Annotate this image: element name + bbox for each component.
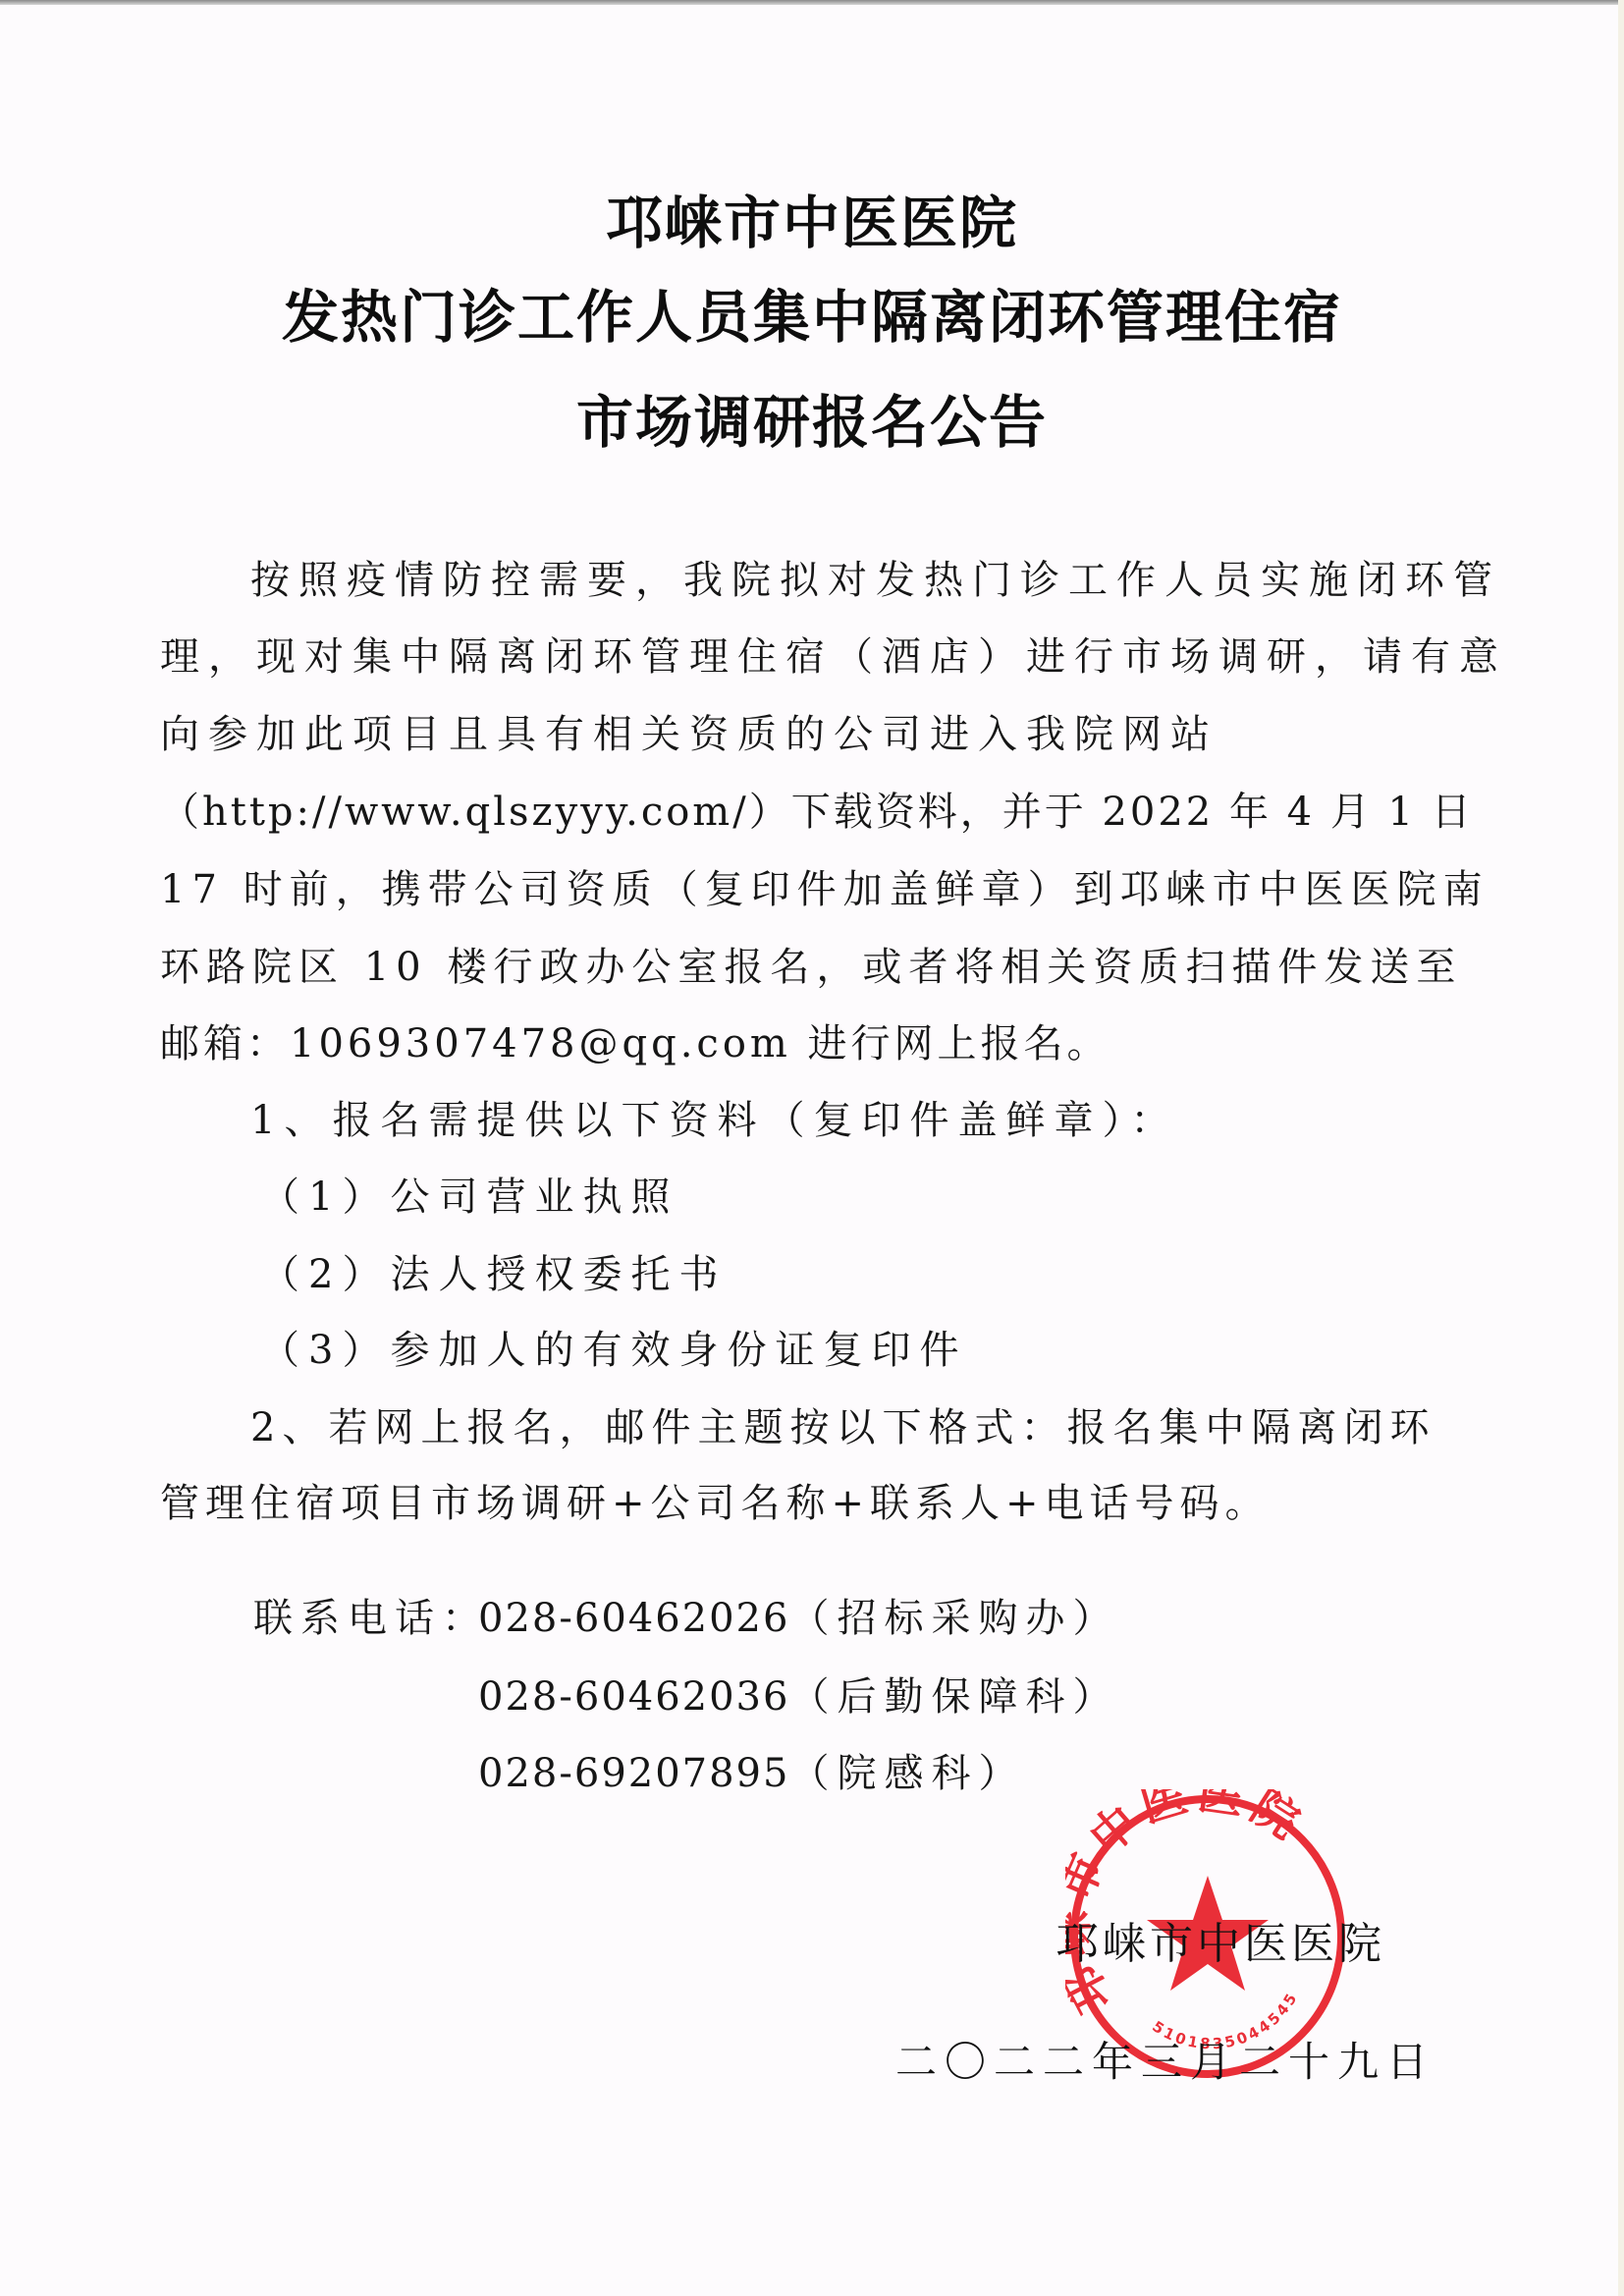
contact-phone-row: 028-60462026（招标采购办）: [478, 1591, 1119, 1646]
phone-number: 028-69207895: [478, 1751, 789, 1796]
body-line: 理，现对集中隔离闭环管理住宿（酒店）进行市场调研，请有意: [160, 629, 1507, 684]
body-line: 按照疫情防控需要，我院拟对发热门诊工作人员实施闭环管: [250, 553, 1501, 608]
title-notice: 市场调研报名公告: [0, 388, 1624, 457]
contact-phone-row: 028-69207895（院感科）: [478, 1746, 1025, 1801]
scan-top-edge: [0, 0, 1624, 5]
requirement-item: （3）参加人的有效身份证复印件: [260, 1323, 967, 1378]
signature-date: 二〇二二年三月二十九日: [895, 2033, 1435, 2092]
body-line: 17 时前，携带公司资质（复印件加盖鲜章）到邛崃市中医医院南: [160, 862, 1489, 917]
phone-department: （后勤保障科）: [789, 1674, 1119, 1720]
phone-number: 028-60462036: [478, 1674, 789, 1720]
body-line: 向参加此项目且具有相关资质的公司进入我院网站: [160, 707, 1218, 762]
note-line: 管理住宿项目市场调研+公司名称+联系人+电话号码。: [160, 1476, 1271, 1531]
title-hospital-name: 邛崃市中医医院: [0, 189, 1624, 257]
requirement-item: （1）公司营业执照: [260, 1170, 678, 1225]
body-line: 环路院区 10 楼行政办公室报名，或者将相关资质扫描件发送至: [160, 940, 1462, 995]
phone-number: 028-60462026: [478, 1596, 789, 1641]
phone-department: （院感科）: [789, 1751, 1025, 1796]
requirements-heading: 1、报名需提供以下资料（复印件盖鲜章）：: [250, 1093, 1178, 1148]
body-line-website: （http://www.qlszyyy.com/）下载资料，并于 2022 年 …: [160, 785, 1474, 840]
signature-organization: 邛崃市中医医院: [1056, 1915, 1385, 1974]
contact-phone-row: 028-60462036（后勤保障科）: [478, 1669, 1119, 1724]
svg-text:邛崃市中医医院: 邛崃市中医医院: [1065, 1789, 1314, 2022]
body-line-email: 邮箱：1069307478@qq.com 进行网上报名。: [160, 1016, 1110, 1071]
seal-text: 邛崃市中医医院: [1065, 1789, 1314, 2022]
contacts-label: 联系电话：: [253, 1591, 489, 1646]
requirement-item: （2）法人授权委托书: [260, 1247, 727, 1302]
phone-department: （招标采购办）: [789, 1596, 1119, 1641]
title-subject: 发热门诊工作人员集中隔离闭环管理住宿: [0, 283, 1624, 352]
note-line: 2、若网上报名，邮件主题按以下格式：报名集中隔离闭环: [250, 1400, 1435, 1455]
